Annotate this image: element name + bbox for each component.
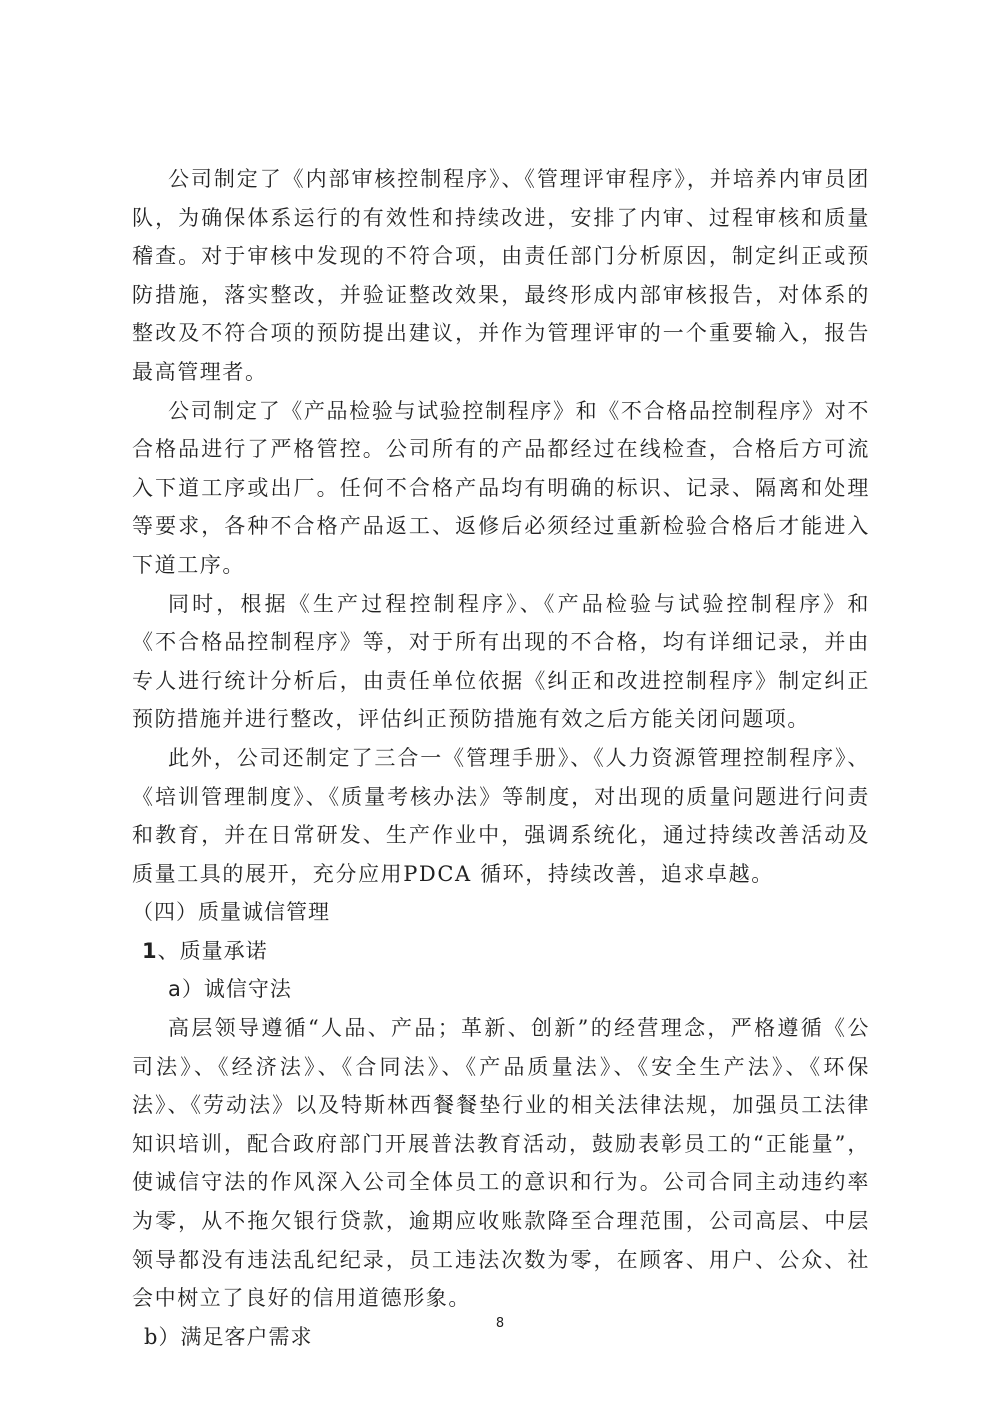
- item-a-letter: a: [168, 977, 182, 1001]
- item-a-title: ）诚信守法: [182, 977, 292, 1001]
- subsection-number: 1: [142, 939, 158, 963]
- section-heading: （四）质量诚信管理: [132, 893, 870, 932]
- subsection-title: 、质量承诺: [158, 939, 268, 963]
- document-page: 公司制定了《内部审核控制程序》、《管理评审程序》，并培养内审员团队，为确保体系运…: [132, 160, 870, 1356]
- paragraph-nonconforming-control: 公司制定了《产品检验与试验控制程序》和《不合格品控制程序》对不合格品进行了严格管…: [132, 392, 870, 585]
- subsection-heading: 1、质量承诺: [132, 932, 870, 971]
- paragraph-management-system: 此外，公司还制定了三合一《管理手册》、《人力资源管理控制程序》、《培训管理制度》…: [132, 739, 870, 893]
- paragraph-integrity: 高层领导遵循“人品、产品；革新、创新”的经营理念，严格遵循《公司法》、《经济法》…: [132, 1009, 870, 1318]
- page-number: 8: [0, 1316, 1000, 1331]
- item-a-heading: a）诚信守法: [132, 970, 870, 1009]
- paragraph-internal-audit: 公司制定了《内部审核控制程序》、《管理评审程序》，并培养内审员团队，为确保体系运…: [132, 160, 870, 392]
- paragraph-corrective-action: 同时，根据《生产过程控制程序》、《产品检验与试验控制程序》和《不合格品控制程序》…: [132, 585, 870, 739]
